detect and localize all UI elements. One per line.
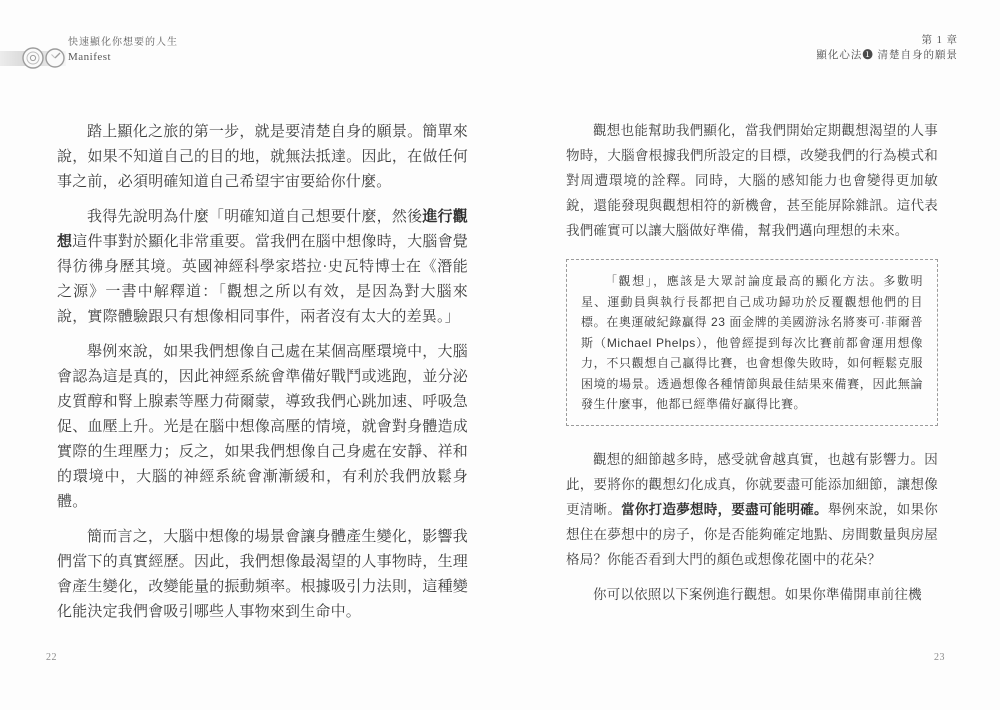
body-paragraph: 觀想的細節越多時，感受就會越真實，也越有影響力。因此，要將你的觀想幻化成真，你就… xyxy=(566,447,938,572)
body-paragraph: 你可以依照以下案例進行觀想。如果你準備開車前往機 xyxy=(566,582,938,607)
page-number-left: 22 xyxy=(46,652,57,663)
section-label: 顯化心法❶ 清楚自身的願景 xyxy=(816,48,958,63)
callout-paragraph: 「觀想」，應該是大眾討論度最高的顯化方法。多數明星、運動員與執行長都把自己成功歸… xyxy=(581,271,923,415)
chapter-label: 第 1 章 xyxy=(816,33,958,48)
body-paragraph: 踏上顯化之旅的第一步，就是要清楚自身的願景。簡單來說，如果不知道自己的目的地，就… xyxy=(57,120,468,195)
right-page: 觀想也能幫助我們顯化，當我們開始定期觀想渴望的人事物時，大腦會根據我們所設定的目… xyxy=(566,118,938,617)
book-title: 快速顯化你想要的人生 xyxy=(68,36,178,50)
running-header-right: 第 1 章 顯化心法❶ 清楚自身的願景 xyxy=(816,33,958,63)
running-header-left: 快速顯化你想要的人生 Manifest xyxy=(68,36,178,64)
book-subtitle: Manifest xyxy=(68,50,178,64)
body-paragraph: 簡而言之，大腦中想像的場景會讓身體產生變化，影響我們當下的真實經歷。因此，我們想… xyxy=(57,525,468,625)
page-number-right: 23 xyxy=(925,652,945,663)
body-paragraph: 觀想也能幫助我們顯化，當我們開始定期觀想渴望的人事物時，大腦會根據我們所設定的目… xyxy=(566,118,938,243)
infinity-clock-logo-icon xyxy=(0,40,70,76)
publisher-logo xyxy=(0,40,70,81)
visualization-callout-box: 「觀想」，應該是大眾討論度最高的顯化方法。多數明星、運動員與執行長都把自己成功歸… xyxy=(566,259,938,426)
body-paragraph: 我得先說明為什麼「明確知道自己想要什麼，然後進行觀想這件事對於顯化非常重要。當我… xyxy=(57,205,468,330)
body-paragraph: 舉例來說，如果我們想像自己處在某個高壓環境中，大腦會認為這是真的，因此神經系統會… xyxy=(57,340,468,515)
left-page: 踏上顯化之旅的第一步，就是要清楚自身的願景。簡單來說，如果不知道自己的目的地，就… xyxy=(57,120,468,635)
